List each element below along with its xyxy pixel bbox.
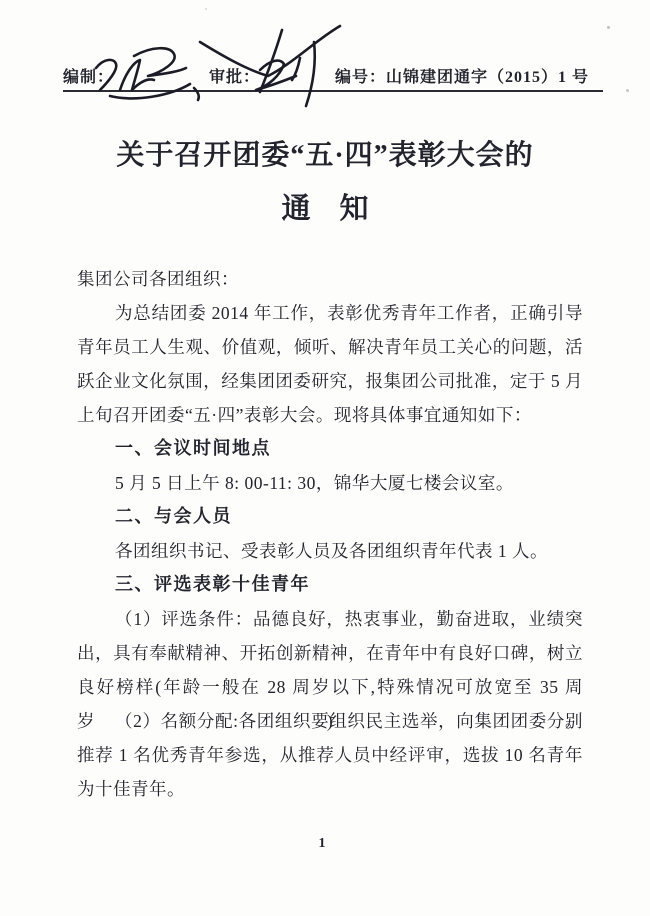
- body-line: 推荐 1 名优秀青年参选，从推荐人员中经评审，选拔 10 名青年: [77, 738, 583, 772]
- section-heading: 一、会议时间地点: [77, 432, 583, 466]
- body-line: 集团公司各团组织：: [77, 262, 583, 296]
- body-lines: 集团公司各团组织：为总结团委 2014 年工作，表彰优秀青年工作者，正确引导青年…: [77, 262, 583, 806]
- scanned-notice-document: 编制： 审批： 编号：山锦建团通字（2015）1 号 关于召开团委“五·四”表彰…: [0, 0, 650, 916]
- section-heading: 二、与会人员: [77, 500, 583, 534]
- body-line: （2）名额分配:各团组织要组织民主选举，向集团团委分别: [77, 704, 583, 738]
- document-title-line1: 关于召开团委“五·四”表彰大会的: [0, 133, 650, 173]
- section-heading: 三、评选表彰十佳青年: [77, 568, 583, 602]
- body-line: 为十佳青年。: [77, 772, 583, 806]
- document-title-line2: 通 知: [0, 186, 650, 227]
- page-number: 1: [0, 836, 644, 852]
- document-number: 编号：山锦建团通字（2015）1 号: [335, 64, 589, 87]
- scan-speck: [626, 89, 629, 92]
- body-line: 出，具有奉献精神、开拓创新精神，在青年中有良好口碑，树立: [77, 636, 583, 670]
- body-line: 青年员工人生观、价值观，倾听、解决青年员工关心的问题，活: [77, 330, 583, 364]
- body-line: 上旬召开团委“五·四”表彰大会。现将具体事宜通知如下：: [77, 398, 583, 432]
- body-line: （1）评选条件：品德良好，热衷事业，勤奋进取，业绩突: [77, 602, 583, 636]
- approved-signature-handwriting: [196, 20, 346, 118]
- scan-speck: [607, 26, 610, 29]
- scan-speck: [205, 8, 207, 10]
- body-line: 各团组织书记、受表彰人员及各团组织青年代表 1 人。: [77, 534, 583, 568]
- body-line: 跃企业文化氛围，经集团团委研究，报集团公司批准，定于 5 月: [77, 364, 583, 398]
- body-line: 良好榜样(年龄一般在 28 周岁以下,特殊情况可放宽至 35 周岁)。: [77, 670, 583, 704]
- body-line: 为总结团委 2014 年工作，表彰优秀青年工作者，正确引导: [77, 296, 583, 330]
- body-line: 5 月 5 日上午 8: 00-11: 30，锦华大厦七楼会议室。: [77, 466, 583, 500]
- prepared-signature-handwriting: [90, 38, 208, 110]
